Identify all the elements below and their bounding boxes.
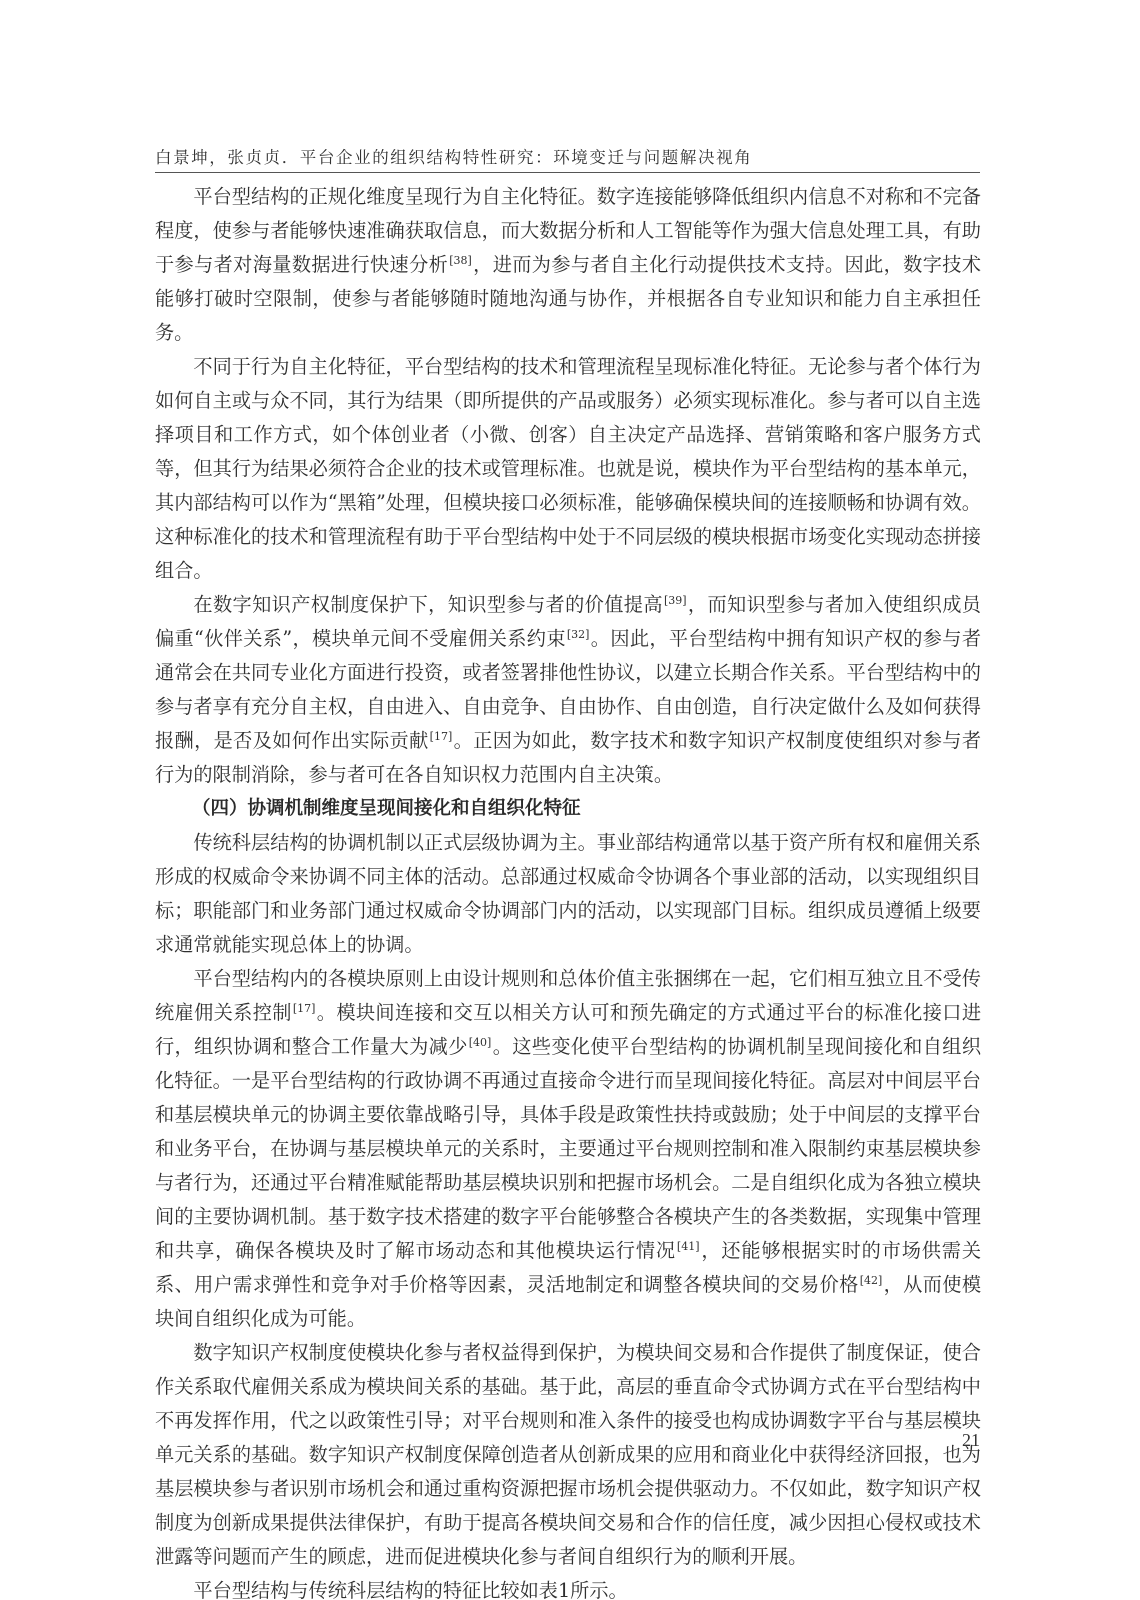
paragraph-standardization: 不同于行为自主化特征，平台型结构的技术和管理流程呈现标准化特征。无论参与者个体行… — [155, 350, 981, 588]
citation: [17] — [430, 730, 453, 743]
citation: [42] — [860, 1274, 883, 1287]
paragraph-traditional-coordination: 传统科层结构的协调机制以正式层级协调为主。事业部结构通常以基于资产所有权和雇佣关… — [155, 826, 981, 962]
citation: [41] — [677, 1240, 700, 1253]
paragraph-ip-coordination: 数字知识产权制度使模块化参与者权益得到保护，为模块间交易和合作提供了制度保证，使… — [155, 1336, 981, 1574]
section-heading: （四）协调机制维度呈现间接化和自组织化特征 — [155, 792, 981, 826]
page-number: 21 — [962, 1430, 980, 1451]
citation: [38] — [449, 254, 472, 267]
paragraph-platform-coordination: 平台型结构内的各模块原则上由设计规则和总体价值主张捆绑在一起，它们相互独立且不受… — [155, 962, 981, 1336]
paragraph-ip-protection: 在数字知识产权制度保护下，知识型参与者的价值提高[39]，而知识型参与者加入使组… — [155, 588, 981, 792]
article-body: 平台型结构的正规化维度呈现行为自主化特征。数字连接能够降低组织内信息不对称和不完… — [155, 180, 981, 1600]
paragraph-formalization: 平台型结构的正规化维度呈现行为自主化特征。数字连接能够降低组织内信息不对称和不完… — [155, 180, 981, 350]
paragraph-table-reference: 平台型结构与传统科层结构的特征比较如表1所示。 — [155, 1574, 981, 1600]
citation: [32] — [567, 628, 590, 641]
citation: [40] — [469, 1036, 492, 1049]
running-header: 白景坤，张贞贞．平台企业的组织结构特性研究：环境变迁与问题解决视角 — [155, 146, 980, 170]
header-divider — [155, 172, 980, 173]
citation: [17] — [293, 1002, 316, 1015]
citation: [39] — [664, 594, 687, 607]
